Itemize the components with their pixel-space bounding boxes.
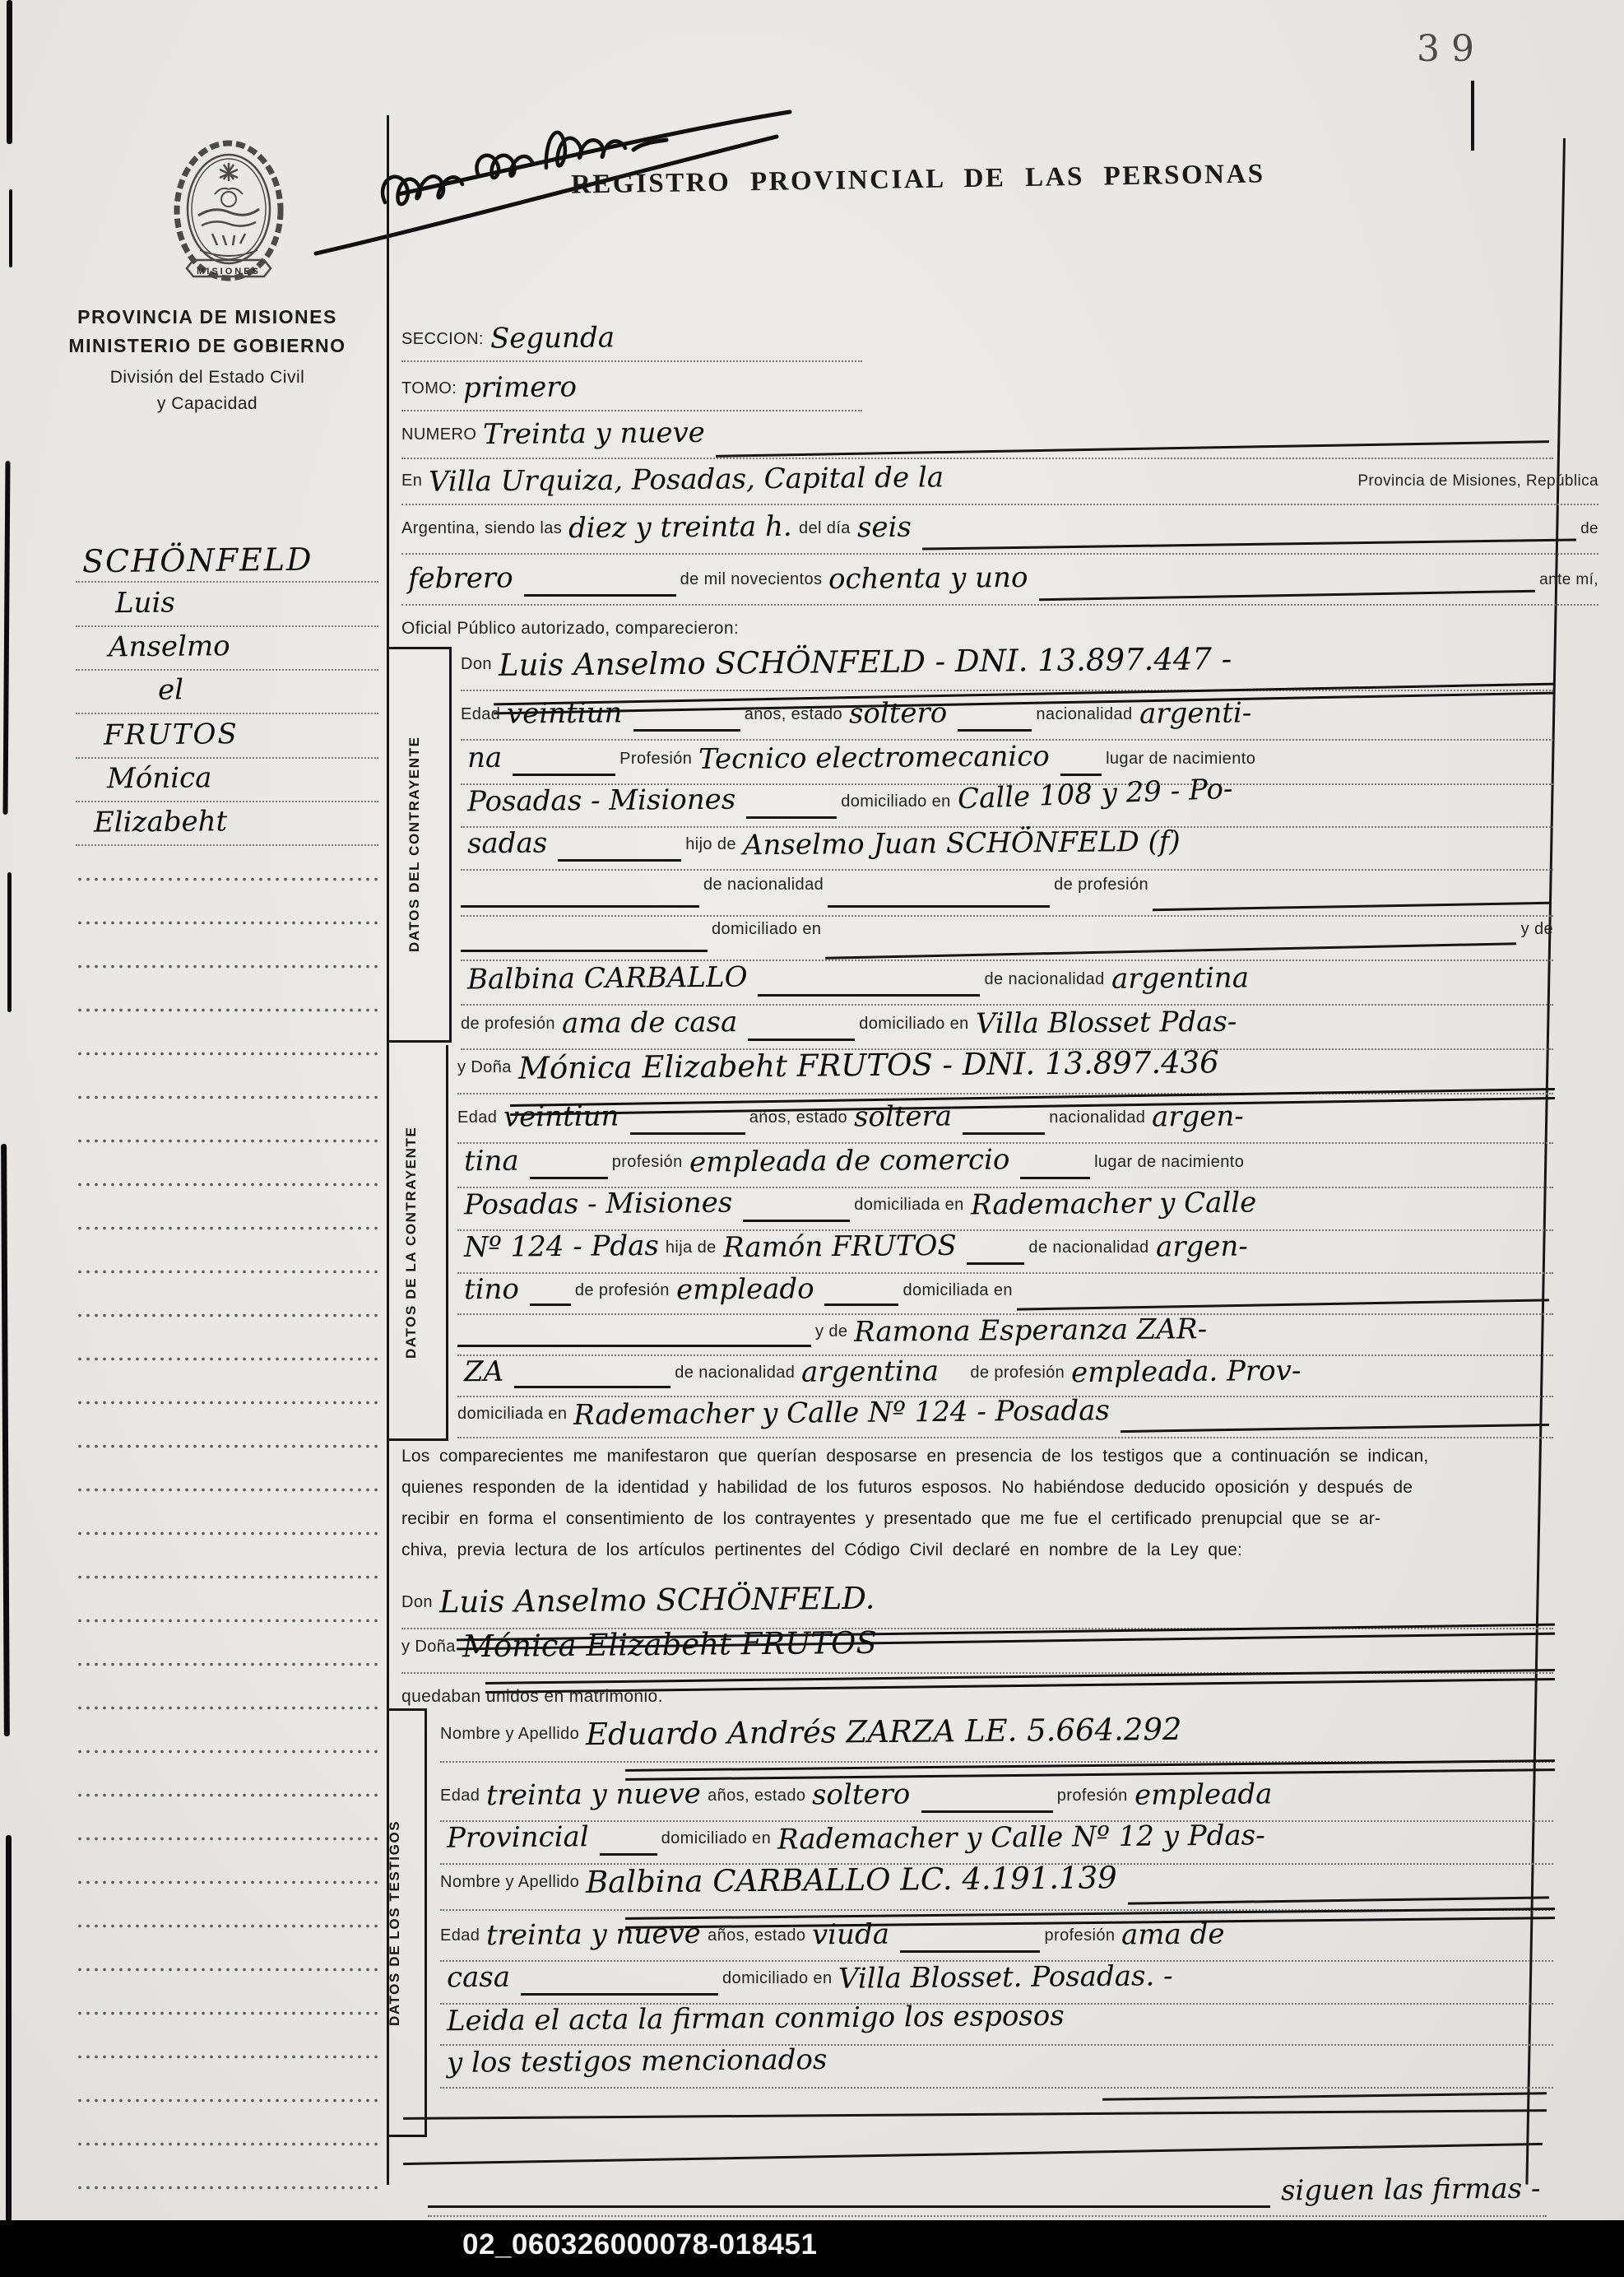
- witness2-age-row: Edad treinta y nueve años, estado viuda …: [440, 1917, 1553, 1962]
- drawn-line: [461, 950, 708, 952]
- margin-name: Mónica: [76, 761, 378, 802]
- groom-name-row: Don Luis Anselmo SCHÖNFELD - DNI. 13.897…: [461, 644, 1553, 691]
- groom-box-line: [449, 647, 452, 1042]
- drawn-line: [1020, 1177, 1090, 1179]
- field-tomo: TOMO: primero: [401, 370, 862, 411]
- drawn-line: [963, 1132, 1045, 1135]
- drawn-line: [828, 905, 1050, 908]
- edad-label: Edad: [457, 1105, 497, 1131]
- margin-name-text: FRUTOS: [76, 720, 245, 750]
- bride-nacionalidad: argen-: [1145, 1102, 1250, 1132]
- groom-mother-name: Balbina CARBALLO: [461, 963, 754, 994]
- groom-profession-row: na Profesión Tecnico electromecanico lug…: [461, 741, 1553, 785]
- lugar-label: lugar de nacimiento: [1094, 1150, 1244, 1175]
- profesion-label: profesión: [612, 1150, 683, 1175]
- numero-label: NUMERO: [401, 422, 476, 448]
- don-label: Don: [461, 652, 492, 677]
- don-label: Don: [401, 1590, 433, 1615]
- de-label: de: [1580, 517, 1598, 541]
- groom-estado: soltero: [842, 699, 954, 728]
- de-mil-label: de mil novecientos: [680, 567, 823, 592]
- spine-streak: [9, 189, 12, 267]
- time-value: diez y treinta h.: [562, 513, 799, 543]
- estado-label: años, estado: [749, 1105, 847, 1131]
- nombre-apellido-label: Nombre y Apellido: [440, 1722, 579, 1747]
- declared-bride-row: y Doña Mónica Elizabeht FRUTOS: [401, 1626, 1553, 1674]
- witness2-age: treinta y nueve: [480, 1920, 708, 1950]
- drawn-line: [530, 1303, 571, 1306]
- del-dia-label: del día: [799, 516, 851, 541]
- month-value: febrero: [401, 564, 520, 593]
- drawn-line: [1039, 590, 1535, 602]
- day-value: seis: [851, 513, 918, 542]
- drawn-line: [530, 1177, 608, 1179]
- groom-nacionalidad: argenti-: [1132, 699, 1258, 728]
- drawn-line: [600, 1853, 657, 1856]
- hija-de-label: hija de: [666, 1235, 717, 1261]
- bride-address: Rademacher y Calle: [964, 1188, 1264, 1220]
- closing-handwritten-1: Leida el acta la firman conmigo los espo…: [440, 2002, 1071, 2036]
- field-place: En Villa Urquiza, Posadas, Capital de la…: [401, 462, 1598, 505]
- witness1-age-row: Edad treinta y nueve años, estado solter…: [440, 1777, 1553, 1822]
- bride-mother-name-cont: ZA: [457, 1358, 510, 1387]
- groom-father-dom-row: domiciliado en y de: [461, 917, 1553, 961]
- witness1-estado: soltero: [805, 1780, 917, 1810]
- drawn-line: [1128, 1896, 1549, 1904]
- domiciliada-label: domiciliada en: [902, 1278, 1012, 1303]
- bride-mother-row: y de Ramona Esperanza ZAR-: [457, 1313, 1553, 1356]
- margin-empty-lines: [76, 861, 380, 2223]
- place-value: Villa Urquiza, Posadas, Capital de la: [422, 463, 950, 496]
- witness1-prof-cont: Provincial: [440, 1823, 596, 1852]
- bride-mother-dom: Rademacher y Calle Nº 124 - Posadas: [567, 1396, 1116, 1429]
- domiciliado-label: domiciliado en: [841, 789, 950, 815]
- drawn-line: [748, 1039, 855, 1041]
- division-line2: y Capacidad: [43, 391, 372, 417]
- scanned-marriage-act-page: 39 MISIONES PROVINCIA DE MISIONES MINIST…: [0, 0, 1624, 2277]
- ministry-name: MINISTERIO DE GOBIERNO: [43, 332, 372, 360]
- place-printed-suffix: Provincia de Misiones, República: [1357, 469, 1598, 493]
- de-nacionalidad-label: de nacionalidad: [1028, 1235, 1148, 1261]
- drawn-line: [428, 2205, 1270, 2208]
- profesion-label: profesión: [1044, 1923, 1115, 1949]
- closing-handwritten-2: y los testigos mencionados: [440, 2046, 834, 2078]
- drawn-line: [1017, 1299, 1549, 1310]
- margin-name: FRUTOS: [76, 718, 378, 759]
- profesion-label: profesión: [1057, 1783, 1128, 1809]
- field-month-year: febrero de mil novecientos ochenta y uno…: [401, 561, 1598, 606]
- bride-age: veintiun: [497, 1102, 626, 1132]
- drawn-line: [758, 994, 980, 997]
- blank-rule: [403, 2109, 1547, 2120]
- bride-mother-prof: empleada. Prov-: [1065, 1357, 1308, 1387]
- drawn-line: [967, 1262, 1024, 1265]
- section-label-witnesses: DATOS DE LOS TESTIGOS: [387, 1723, 403, 2123]
- drawn-line: [716, 440, 1549, 458]
- nombre-apellido-label: Nombre y Apellido: [440, 1870, 579, 1895]
- drawn-line: [521, 1993, 718, 1996]
- margin-name-text: Mónica: [76, 764, 219, 793]
- margin-name: Luis: [76, 586, 378, 627]
- en-label: En: [401, 468, 422, 494]
- bride-father-name: Ramón FRUTOS: [717, 1232, 963, 1262]
- y-de-label: y de: [1521, 917, 1553, 942]
- margin-name-text: SCHÖNFELD: [76, 544, 320, 578]
- witness2-dom-row: casa domiciliado en Villa Blosset. Posad…: [440, 1960, 1553, 2005]
- drawn-line: [900, 1950, 1040, 1953]
- drawn-line: [1060, 774, 1102, 776]
- margin-name: Anselmo: [76, 630, 378, 671]
- margin-name-text: Anselmo: [76, 632, 237, 662]
- profesion-label: Profesión: [619, 746, 692, 772]
- de-nacionalidad-label: de nacionalidad: [984, 967, 1104, 992]
- bride-father-nat-cont: tino: [457, 1276, 526, 1304]
- bride-box-cap: [387, 1438, 448, 1441]
- groom-birthplace: Posadas - Misiones: [461, 786, 743, 817]
- bride-father-nat: argen-: [1148, 1232, 1254, 1262]
- witness2-name: Balbina CARBALLO LC. 4.191.139: [579, 1862, 1124, 1898]
- closing-text: quedaban unidos en matrimonio.: [401, 1684, 663, 1711]
- witness2-name-row: Nombre y Apellido Balbina CARBALLO LC. 4…: [440, 1861, 1553, 1911]
- groom-mother-dom: Villa Blosset Pdas-: [969, 1008, 1244, 1039]
- section-label-bride: DATOS DE LA CONTRAYENTE: [403, 1057, 420, 1429]
- drawn-line: [524, 594, 676, 597]
- tomo-value: primero: [457, 373, 583, 402]
- closing-handwritten-row1: Leida el acta la firman conmigo los espo…: [440, 2001, 1553, 2046]
- groom-birthplace-row: Posadas - Misiones domiciliado en Calle …: [461, 783, 1553, 828]
- bride-mother-nat-row: ZA de nacionalidad argentina de profesió…: [457, 1355, 1553, 1397]
- spine-streak: [7, 872, 12, 1012]
- drawn-line: [514, 1386, 670, 1388]
- pen-mark: [1471, 81, 1474, 151]
- drawn-line: [558, 859, 681, 862]
- ante-mi-label: ante mí,: [1539, 568, 1598, 592]
- witness1-age: treinta y nueve: [480, 1780, 708, 1810]
- margin-name: SCHÖNFELD: [76, 541, 378, 583]
- groom-name: Luis Anselmo SCHÖNFELD - DNI. 13.897.447…: [492, 644, 1239, 681]
- section-label-groom: DATOS DEL CONTRAYENTE: [406, 658, 423, 1030]
- province-seal: MISIONES: [167, 135, 290, 293]
- field-numero: NUMERO Treinta y nueve: [401, 416, 1553, 459]
- witness-box-line: [425, 1708, 427, 2136]
- de-profesion-label: de profesión: [1054, 872, 1148, 898]
- declared-groom-row: Don Luis Anselmo SCHÖNFELD.: [401, 1582, 1553, 1629]
- bride-father-row: Nº 124 - Pdas hija de Ramón FRUTOS de na…: [457, 1229, 1553, 1274]
- groom-father-nat-row: de nacionalidad de profesión: [461, 872, 1553, 917]
- witness1-dom-row: Provincial domiciliado en Rademacher y C…: [440, 1820, 1553, 1865]
- drawn-line: [824, 1303, 898, 1306]
- nacionalidad-label: nacionalidad: [1036, 702, 1132, 727]
- drawn-line: [461, 905, 699, 908]
- spine-streak: [6, 1835, 12, 2222]
- groom-father-row: sadas hijo de Anselmo Juan SCHÖNFELD (f): [461, 826, 1553, 871]
- lugar-label: lugar de nacimiento: [1106, 746, 1255, 772]
- spine-streak: [7, 0, 12, 144]
- oficial-label: Oficial Público autorizado, compareciero…: [401, 616, 739, 643]
- groom-mother-row: Balbina CARBALLO de nacionalidad argenti…: [461, 961, 1553, 1006]
- groom-mother-prof-row: de profesión ama de casa domiciliado en …: [461, 1006, 1553, 1050]
- year-value: ochenta y uno: [822, 564, 1035, 594]
- groom-father-name: Anselmo Juan SCHÖNFELD (f): [736, 828, 1187, 860]
- witness1-name-row: Nombre y Apellido Eduardo Andrés ZARZA L…: [440, 1713, 1553, 1763]
- margin-name-text: Luis: [76, 588, 182, 618]
- de-profesion-label: de profesión: [970, 1360, 1065, 1386]
- declaration-line: recibir en forma el consentimiento de lo…: [401, 1509, 1380, 1529]
- declared-bride-name: Mónica Elizabeht FRUTOS: [456, 1628, 884, 1662]
- bride-estado: soltera: [847, 1102, 958, 1132]
- field-oficial: Oficial Público autorizado, compareciero…: [401, 616, 1142, 644]
- witness1-dom: Rademacher y Calle Nº 12 y Pdas-: [771, 1821, 1272, 1854]
- drawn-line: [1153, 902, 1549, 911]
- de-nacionalidad-label: de nacionalidad: [703, 872, 824, 898]
- field-datetime: Argentina, siendo las diez y treinta h. …: [401, 510, 1598, 555]
- tomo-label: TOMO:: [401, 376, 457, 402]
- closing-statement: quedaban unidos en matrimonio.: [401, 1684, 977, 1712]
- seccion-value: Segunda: [484, 323, 621, 353]
- margin-name-text: Elizabeht: [76, 807, 234, 837]
- bride-mother-nat: argentina: [795, 1357, 945, 1387]
- bride-age-row: Edad veintiun años, estado soltera nacio…: [457, 1099, 1553, 1144]
- drawn-line: [630, 1132, 745, 1135]
- de-profesion-label: de profesión: [461, 1011, 555, 1037]
- domiciliado-label: domiciliado en: [722, 1966, 832, 1991]
- witness2-dom: Villa Blosset. Posadas. -: [832, 1962, 1180, 1993]
- witness2-prof-cont: casa: [440, 1963, 517, 1992]
- scan-reference-code: 02_060326000078-018451: [462, 2228, 817, 2261]
- domiciliado-label: domiciliado en: [661, 1826, 771, 1852]
- closing-handwritten-row2: y los testigos mencionados: [440, 2044, 1553, 2089]
- witness1-prof: empleada: [1128, 1780, 1279, 1810]
- witness1-name: Eduardo Andrés ZARZA LE. 5.664.292: [579, 1714, 1189, 1750]
- de-profesion-label: de profesión: [575, 1278, 670, 1303]
- bride-profession-row: tina profesión empleada de comercio luga…: [457, 1144, 1553, 1188]
- drawn-line: [922, 538, 1576, 550]
- bride-nacionalidad-cont: tina: [457, 1147, 526, 1176]
- groom-mother-nat: argentina: [1104, 964, 1255, 993]
- declaration-line: Los comparecientes me manifestaron que q…: [401, 1447, 1428, 1466]
- drawn-line: [743, 1220, 850, 1222]
- numero-value: Treinta y nueve: [476, 419, 712, 449]
- edad-label: Edad: [440, 1923, 480, 1949]
- blank-rule: [403, 2143, 1543, 2165]
- domiciliada-label: domiciliada en: [457, 1401, 567, 1427]
- groom-box-cap: [387, 1040, 452, 1043]
- groom-nacionalidad-cont: na: [461, 744, 508, 773]
- page-number: 39: [1417, 28, 1486, 70]
- drawn-line: [633, 729, 740, 732]
- witness-box-cap: [387, 2135, 427, 2137]
- witness2-prof: ama de: [1115, 1920, 1232, 1949]
- margin-name-text: el: [76, 676, 190, 705]
- y-dona-label: y Doña: [457, 1055, 512, 1080]
- groom-mother-prof: ama de casa: [555, 1008, 745, 1039]
- nacionalidad-label: nacionalidad: [1049, 1105, 1145, 1131]
- domiciliado-label: domiciliado en: [859, 1011, 968, 1037]
- bride-box-line: [446, 1045, 448, 1440]
- bride-father-prof-row: tino de profesión empleado domiciliada e…: [457, 1272, 1553, 1315]
- province-name: PROVINCIA DE MISIONES: [43, 303, 372, 332]
- drawn-line: [746, 816, 837, 819]
- argentina-label: Argentina, siendo las: [401, 516, 562, 541]
- spine-streak: [2, 461, 10, 815]
- groom-box-cap: [387, 647, 452, 649]
- estado-label: años, estado: [708, 1783, 805, 1809]
- issuing-authority: PROVINCIA DE MISIONES MINISTERIO DE GOBI…: [43, 303, 372, 416]
- y-dona-label: y Doña: [401, 1634, 456, 1660]
- spine-streak: [1, 1144, 10, 1736]
- bride-profession: empleada de comercio: [682, 1145, 1016, 1177]
- bride-birthplace: Posadas - Misiones: [457, 1189, 740, 1220]
- bride-mother-dom-row: domiciliada en Rademacher y Calle Nº 124…: [457, 1396, 1553, 1438]
- drawn-line: [457, 1345, 811, 1347]
- groom-address-cont: sadas: [461, 829, 554, 859]
- estado-label: años, estado: [708, 1923, 805, 1949]
- bride-father-prof: empleado: [670, 1275, 821, 1304]
- estado-label: años, estado: [745, 702, 842, 727]
- drawn-line: [1102, 2092, 1547, 2101]
- groom-age: veintiun: [500, 699, 629, 728]
- bride-birthplace-row: Posadas - Misiones domiciliada en Radema…: [457, 1187, 1553, 1231]
- domiciliada-label: domiciliada en: [854, 1192, 963, 1218]
- division-line1: División del Estado Civil: [43, 365, 372, 391]
- siguen-firmas-note: siguen las firmas -: [1274, 2175, 1547, 2206]
- seal-banner-text: MISIONES: [197, 267, 261, 276]
- bride-address-cont: Nº 124 - Pdas: [457, 1232, 666, 1262]
- drawn-line: [826, 942, 1517, 960]
- drawn-line: [958, 729, 1032, 732]
- hijo-de-label: hijo de: [685, 832, 736, 857]
- witness2-estado: viuda: [805, 1921, 896, 1950]
- drawn-line: [921, 1810, 1053, 1813]
- domiciliado-label: domiciliado en: [712, 917, 821, 942]
- de-nacionalidad-label: de nacionalidad: [675, 1360, 795, 1386]
- drawn-line: [1121, 1424, 1549, 1433]
- bride-mother-name: Ramona Esperanza ZAR-: [847, 1315, 1213, 1347]
- edad-label: Edad: [440, 1783, 480, 1809]
- seccion-label: SECCION:: [401, 327, 484, 352]
- groom-profession: Tecnico electromecanico: [692, 742, 1056, 774]
- declaration-line: chiva, previa lectura de los artículos p…: [401, 1540, 1242, 1560]
- declaration-line: quienes responden de la identidad y habi…: [401, 1478, 1413, 1498]
- y-de-label: y de: [815, 1319, 847, 1345]
- field-seccion: SECCION: Segunda: [401, 321, 862, 362]
- margin-name: el: [76, 673, 378, 714]
- bride-name: Mónica Elizabeht FRUTOS - DNI. 13.897.43…: [512, 1047, 1226, 1084]
- siguen-firmas-row: siguen las firmas -: [428, 2172, 1547, 2217]
- bride-name-row: y Doña Mónica Elizabeht FRUTOS - DNI. 13…: [457, 1047, 1553, 1094]
- drawn-line: [513, 774, 615, 776]
- margin-name: Elizabeht: [76, 805, 378, 846]
- edad-label: Edad: [461, 702, 500, 727]
- groom-age-row: Edad veintiun años, estado soltero nacio…: [461, 696, 1553, 741]
- declared-groom-name: Luis Anselmo SCHÖNFELD.: [433, 1583, 882, 1618]
